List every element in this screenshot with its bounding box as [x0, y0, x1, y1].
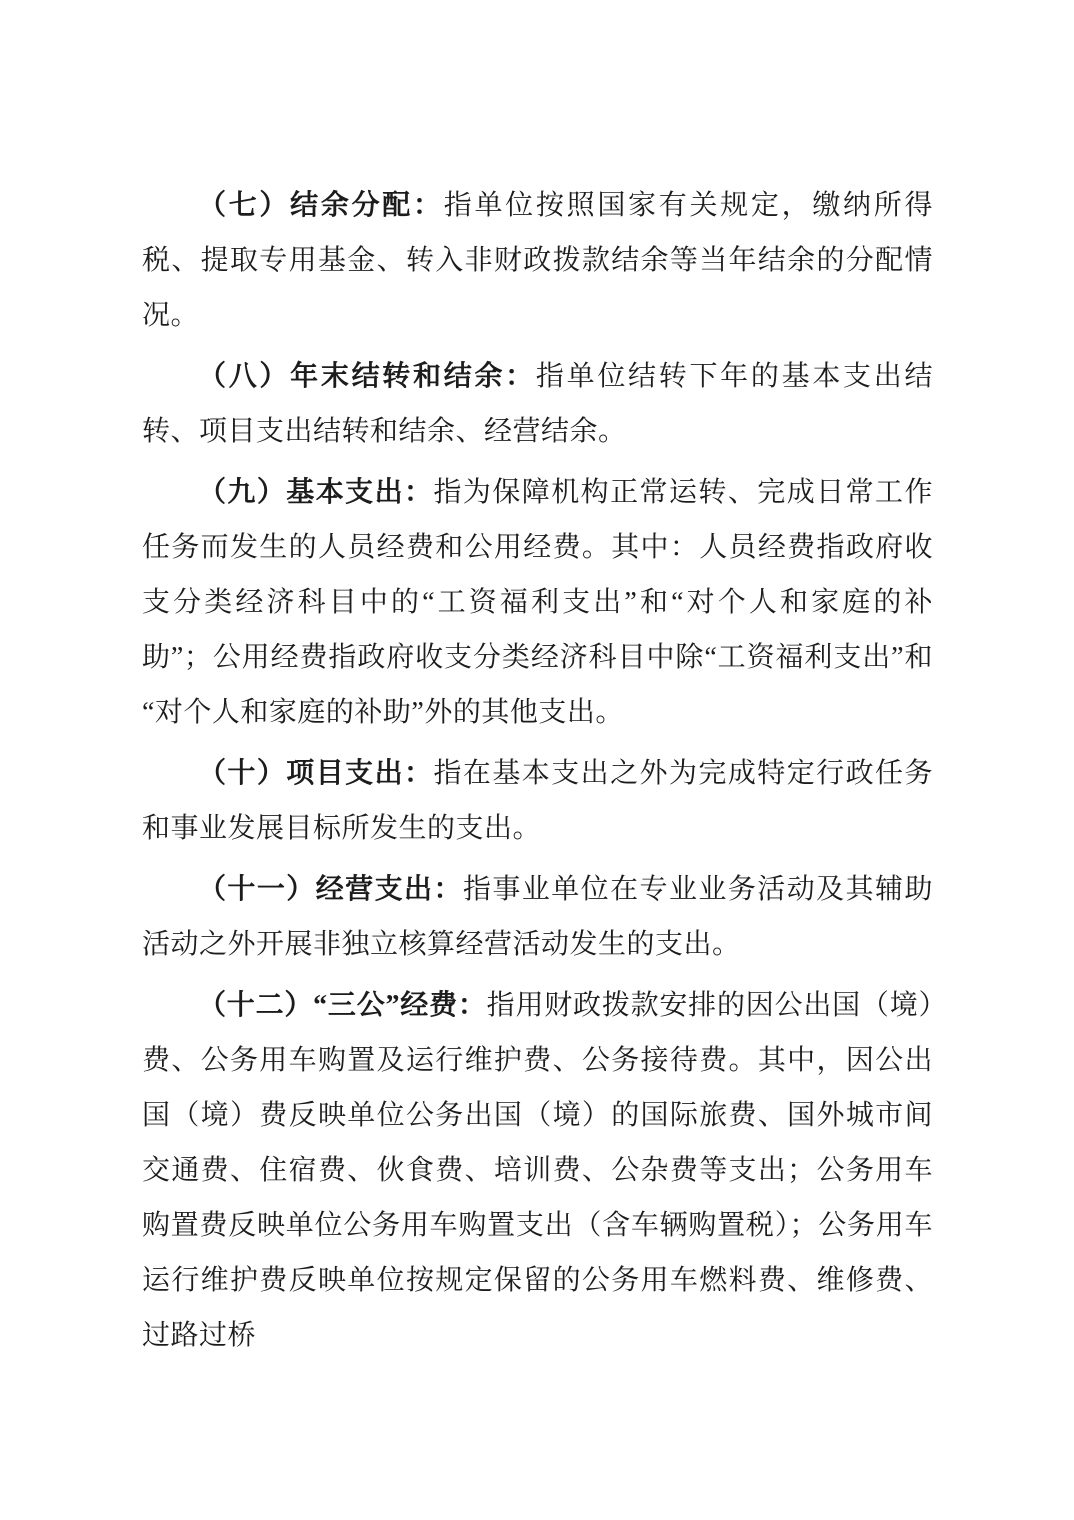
definition-paragraph-10: （十）项目支出：指在基本支出之外为完成特定行政任务和事业发展目标所发生的支出。 [142, 746, 933, 856]
definition-paragraph-9: （九）基本支出：指为保障机构正常运转、完成日常工作任务而发生的人员经费和公用经费… [142, 465, 933, 740]
term-definition: 指为保障机构正常运转、完成日常工作任务而发生的人员经费和公用经费。其中：人员经费… [142, 477, 933, 728]
term-label: （十一）经营支出： [198, 874, 463, 905]
definition-paragraph-7: （七）结余分配：指单位按照国家有关规定，缴纳所得税、提取专用基金、转入非财政拨款… [142, 178, 933, 343]
term-label: （九）基本支出： [198, 477, 434, 508]
definition-paragraph-12: （十二）“三公”经费：指用财政拨款安排的因公出国（境）费、公务用车购置及运行维护… [142, 978, 933, 1363]
document-page: （七）结余分配：指单位按照国家有关规定，缴纳所得税、提取专用基金、转入非财政拨款… [0, 0, 1074, 1520]
definition-paragraph-8: （八）年末结转和结余：指单位结转下年的基本支出结转、项目支出结转和结余、经营结余… [142, 349, 933, 459]
term-definition: 指用财政拨款安排的因公出国（境）费、公务用车购置及运行维护费、公务接待费。其中，… [142, 990, 933, 1351]
document-text-block: （七）结余分配：指单位按照国家有关规定，缴纳所得税、提取专用基金、转入非财政拨款… [142, 178, 933, 1363]
definition-paragraph-11: （十一）经营支出：指事业单位在专业业务活动及其辅助活动之外开展非独立核算经营活动… [142, 862, 933, 972]
term-label: （十二）“三公”经费： [198, 990, 487, 1021]
term-label: （七）结余分配： [198, 190, 444, 221]
term-label: （十）项目支出： [198, 758, 434, 789]
term-label: （八）年末结转和结余： [198, 361, 536, 392]
